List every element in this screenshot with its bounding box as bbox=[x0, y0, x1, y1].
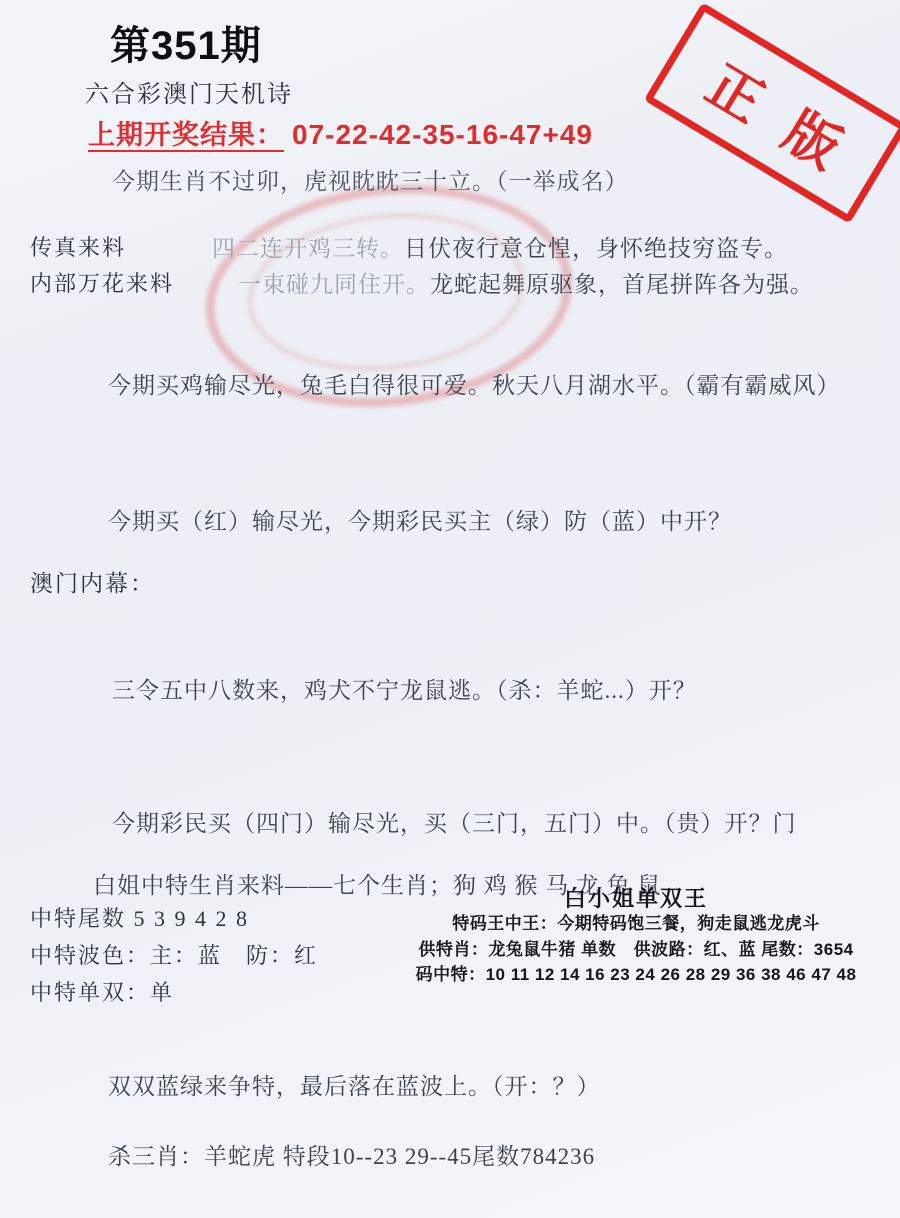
authentic-stamp-text: 正版 bbox=[694, 43, 888, 202]
authentic-stamp-frame: 正版 bbox=[644, 2, 900, 223]
fax-material-label: 传真来料 bbox=[30, 231, 126, 262]
kill-three-line: 杀三肖：羊蛇虎 特段10--23 29--45尾数784236 bbox=[108, 1138, 595, 1171]
insider-material-line: 一束碰九同住开。龙蛇起舞原驱象，首尾拼阵各为强。 bbox=[238, 266, 814, 299]
baixiaojie-block: 白小姐单双王 特码王中王：今期特码饱三餐，狗走鼠逃龙虎斗 供特肖：龙兔鼠牛猪 单… bbox=[378, 886, 894, 988]
fax-material-faint: 四二连开鸡三转。 bbox=[212, 236, 404, 261]
authentic-stamp: 正版 bbox=[648, 10, 900, 218]
issue-title: 第351期 bbox=[110, 14, 262, 71]
fax-material-text: 日伏夜行意仓惶，身怀绝技穷盗专。 bbox=[404, 236, 788, 261]
special-tail-line: 中特尾数 5 3 9 4 2 8 bbox=[30, 902, 249, 933]
special-zodiac-line: 供特肖：龙兔鼠牛猪 单数 供波路：红、蓝 尾数：3654 bbox=[378, 937, 894, 963]
buy-chicken-line: 今期买鸡输尽光，兔毛白得很可爱。秋天八月湖水平。（霸有霸威风） bbox=[108, 367, 841, 400]
special-king-line: 特码王中王：今期特码饱三餐，狗走鼠逃龙虎斗 bbox=[378, 911, 894, 937]
insider-material-faint: 一束碰九同住开。 bbox=[238, 272, 430, 297]
gates-line: 今期彩民买（四门）输尽光，买（三门，五门）中。（贵）开？门 bbox=[112, 805, 797, 838]
tip-sheet-page: 第351期 六合彩澳门天机诗 上期开奖结果：07-22-42-35-16-47+… bbox=[0, 0, 900, 1218]
fax-material-line: 四二连开鸡三转。日伏夜行意仓惶，身怀绝技穷盗专。 bbox=[212, 230, 788, 263]
zodiac-hint-line: 今期生肖不过卯，虎视眈眈三十立。（一举成名） bbox=[112, 163, 629, 196]
blue-green-line: 双双蓝绿来争特，最后落在蓝波上。（开：？） bbox=[108, 1068, 601, 1101]
baixiaojie-title: 白小姐单双王 bbox=[378, 886, 894, 911]
three-orders-line: 三令五中八数来，鸡犬不宁龙鼠逃。（杀：羊蛇...）开？ bbox=[112, 672, 697, 705]
last-draw-label: 上期开奖结果： bbox=[88, 120, 284, 150]
last-draw-result: 上期开奖结果：07-22-42-35-16-47+49 bbox=[88, 113, 593, 152]
insider-material-label: 内部万花来料 bbox=[30, 267, 174, 298]
special-oddeven-line: 中特单双：单 bbox=[30, 976, 174, 1007]
insider-material-text: 龙蛇起舞原驱象，首尾拼阵各为强。 bbox=[430, 272, 814, 297]
last-draw-numbers: 07-22-42-35-16-47+49 bbox=[292, 119, 593, 150]
special-numbers-line: 码中特：10 11 12 14 16 23 24 26 28 29 36 38 … bbox=[378, 962, 894, 988]
macau-insider-label: 澳门内幕： bbox=[30, 565, 155, 598]
special-wave-line: 中特波色：主：蓝 防：红 bbox=[30, 939, 318, 970]
buy-color-line: 今期买（红）输尽光，今期彩民买主（绿）防（蓝）中开？ bbox=[108, 503, 732, 536]
series-subtitle: 六合彩澳门天机诗 bbox=[85, 74, 293, 109]
